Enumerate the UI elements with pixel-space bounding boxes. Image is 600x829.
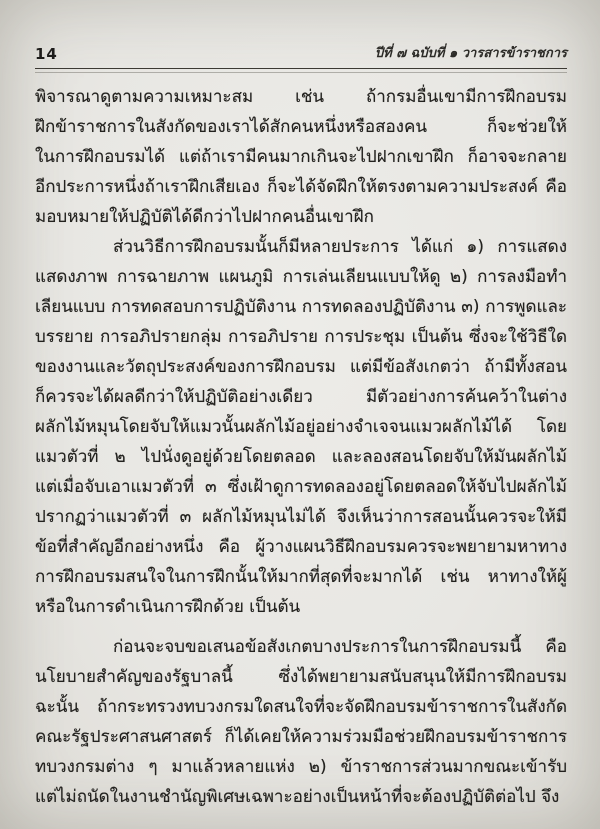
text-line: หรือในการดำเนินการฝึกด้วย เป็นต้น — [35, 592, 567, 622]
text-line: แสดงภาพ การฉายภาพ แผนภูมิ การเล่นเลียนแบ… — [35, 262, 567, 292]
text-line: นโยบายสำคัญของรัฐบาลนี้ ซึ่งได้พยายามสนั… — [35, 662, 567, 692]
text-line: ในการฝึกอบรมได้ แต่ถ้าเรามีคนมากเกินจะไป… — [35, 142, 567, 172]
text-line: ทบวงกรมต่าง ๆ มาแล้วหลายแห่ง ๒) ข้าราชกา… — [35, 752, 567, 782]
text-line: ปรากฏว่าแมวตัวที่ ๓ ผลักไม้หมุนไม่ได้ จึ… — [35, 502, 567, 532]
text-line: แต่ไม่ถนัดในงานชำนัญพิเศษเฉพาะอย่างเป็นห… — [35, 782, 567, 812]
header-divider — [35, 68, 567, 73]
journal-issue-label: ปีที่ ๗ ฉบับที่ ๑ วารสารข้าราชการ — [375, 42, 567, 63]
text-line: พิจารณาดูตามความเหมาะสม เช่น ถ้ากรมอื่นเ… — [35, 82, 567, 112]
paragraph: พิจารณาดูตามความเหมาะสม เช่น ถ้ากรมอื่นเ… — [35, 82, 567, 232]
text-line: ผลักไม้หมุนโดยจับให้แมวนั้นผลักไม้อยู่อย… — [35, 412, 567, 442]
page-header: 14 ปีที่ ๗ ฉบับที่ ๑ วารสารข้าราชการ — [35, 42, 567, 68]
text-line: ของงานและวัตถุประสงค์ของการฝึกอบรม แต่มี… — [35, 352, 567, 382]
document-body: พิจารณาดูตามความเหมาะสม เช่น ถ้ากรมอื่นเ… — [35, 82, 567, 812]
text-line: ก็ควรจะได้ผลดีกว่าให้ปฏิบัติอย่างเดียว ม… — [35, 382, 567, 412]
text-line: ข้อที่สำคัญอีกอย่างหนึ่ง คือ ผู้วางแผนวิ… — [35, 532, 567, 562]
text-line: ก่อนจะจบขอเสนอข้อสังเกตบางประการในการฝึก… — [35, 632, 567, 662]
text-line: ฉะนั้น ถ้ากระทรวงทบวงกรมใดสนใจที่จะจัดฝึ… — [35, 692, 567, 722]
text-line: เลียนแบบ การทดสอบการปฏิบัติงาน การทดลองป… — [35, 292, 567, 322]
text-line: การฝึกอบรมสนใจในการฝึกนั้นให้มากที่สุดที… — [35, 562, 567, 592]
text-line: แมวตัวที่ ๒ ไปนั่งดูอยู่ด้วยโดยตลอด และล… — [35, 442, 567, 472]
text-line: มอบหมายให้ปฏิบัติได้ดีกว่าไปฝากคนอื่นเขา… — [35, 202, 567, 232]
page-number: 14 — [35, 45, 58, 63]
text-line: อีกประการหนึ่งถ้าเราฝึกเสียเอง ก็จะได้จั… — [35, 172, 567, 202]
paragraph: ก่อนจะจบขอเสนอข้อสังเกตบางประการในการฝึก… — [35, 632, 567, 812]
text-line: ส่วนวิธีการฝึกอบรมนั้นก็มีหลายประการ ได้… — [35, 232, 567, 262]
text-line: แต่เมื่อจับเอาแมวตัวที่ ๓ ซึ่งเฝ้าดูการท… — [35, 472, 567, 502]
text-line: ฝึกข้าราชการในสังกัดของเราได้สักคนหนึ่งห… — [35, 112, 567, 142]
paragraph: ส่วนวิธีการฝึกอบรมนั้นก็มีหลายประการ ได้… — [35, 232, 567, 622]
document-page: 14 ปีที่ ๗ ฉบับที่ ๑ วารสารข้าราชการ พิจ… — [0, 0, 600, 829]
text-line: บรรยาย การอภิปรายกลุ่ม การอภิปราย การประ… — [35, 322, 567, 352]
text-line: คณะรัฐประศาสนศาสตร์ ก็ได้เคยให้ความร่วมม… — [35, 722, 567, 752]
